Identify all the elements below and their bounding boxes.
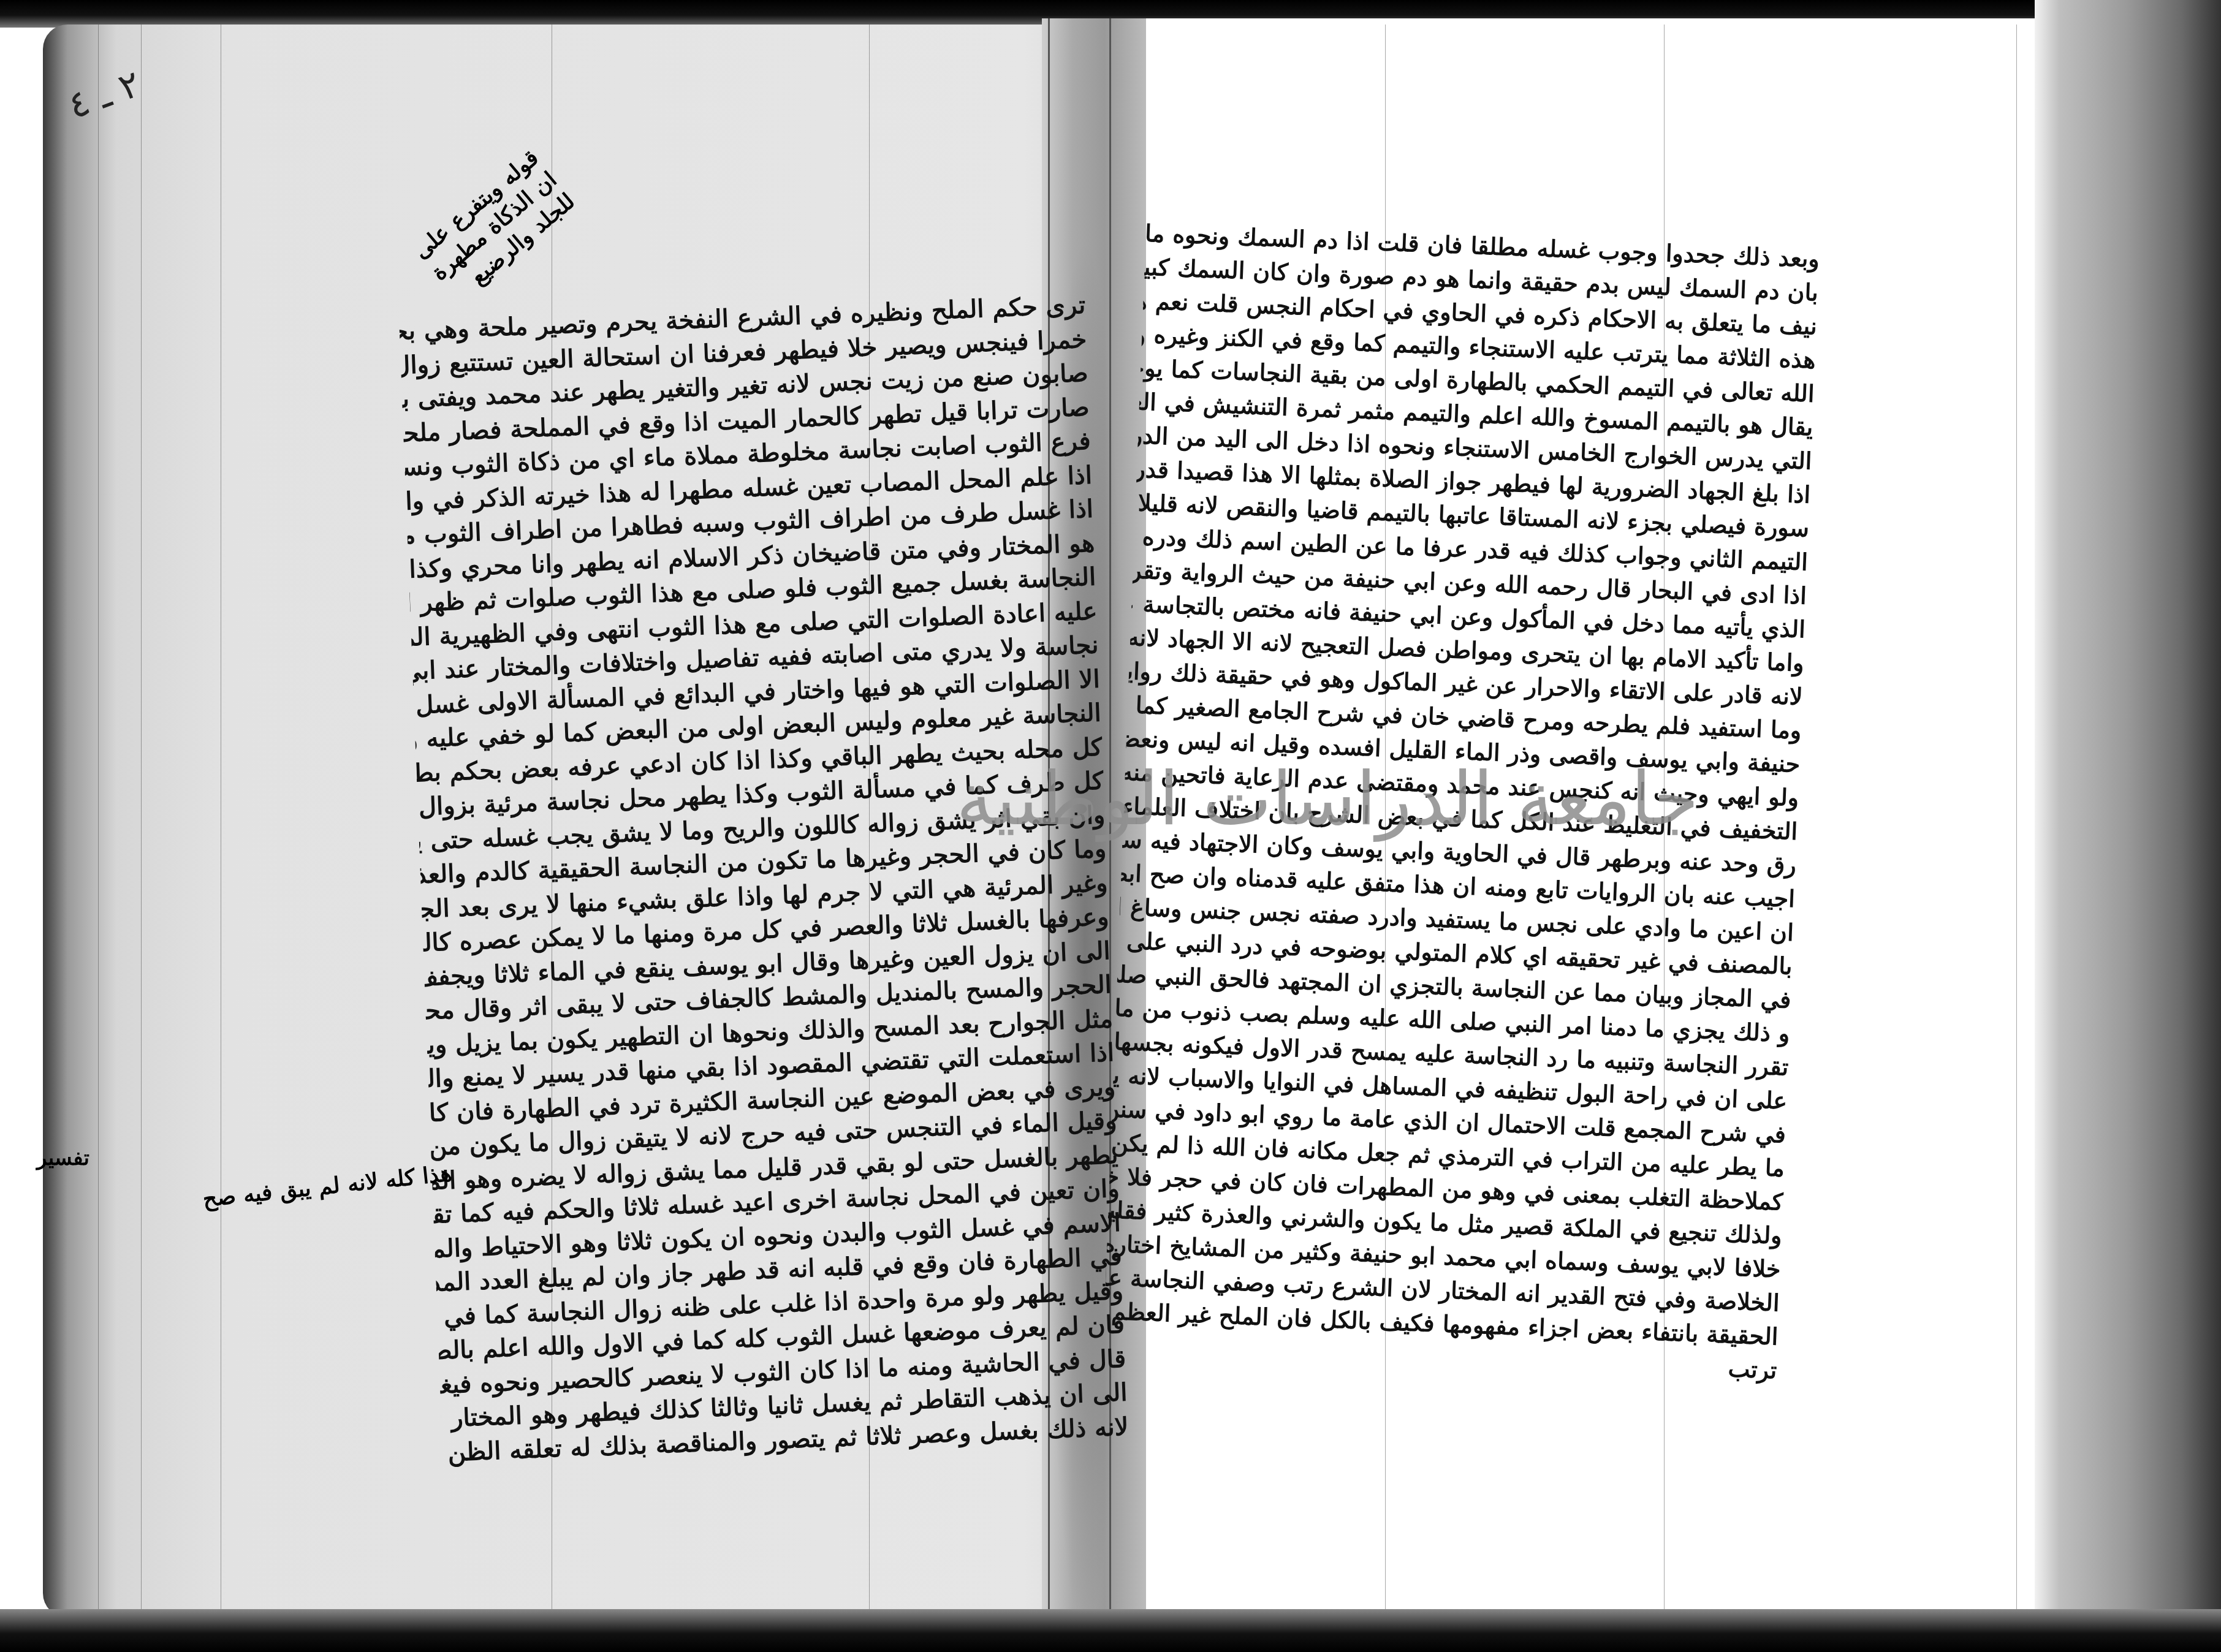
ruling-line	[2016, 25, 2017, 1618]
scan-bottom-border	[0, 1609, 2221, 1652]
ruling-line	[141, 25, 142, 1618]
ruling-line	[221, 25, 221, 1618]
edge-annotation: تفسير	[37, 1146, 89, 1170]
library-watermark: جامعة الدراسات الوطنية	[956, 757, 1699, 842]
right-page-edge-shadow	[2035, 0, 2221, 1652]
ruling-line	[98, 25, 99, 1618]
left-page-text: ترى حكم الملح ونظيره في الشرع النفخة يحر…	[399, 288, 1129, 1470]
manuscript-scan: ٢ ـ ٤ قوله ويتفرع على ان الذكاة مطهرة لل…	[0, 0, 2221, 1652]
